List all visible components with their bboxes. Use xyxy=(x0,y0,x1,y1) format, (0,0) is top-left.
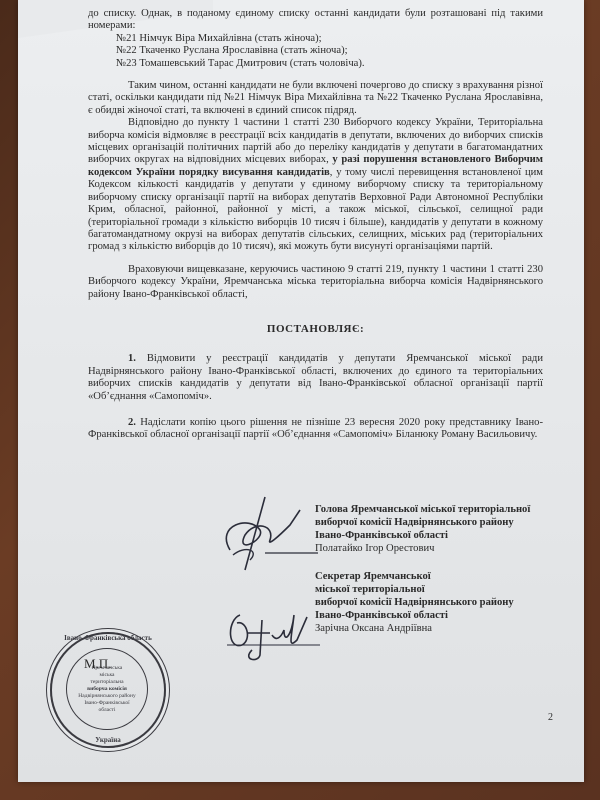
intro-continuation: до списку. Однак, в поданому єдиному спи… xyxy=(88,8,543,33)
secretary-title-line: Івано-Франківської області xyxy=(315,609,514,622)
chair-signature-icon xyxy=(205,495,320,575)
item-number: 2. xyxy=(128,417,136,428)
paragraph-thus: Таким чином, останні кандидати не були в… xyxy=(88,80,543,117)
stamp-line: Івано-Франківської xyxy=(67,700,147,707)
secretary-signature-block: Секретар Яремчанської міської територіал… xyxy=(315,570,514,635)
item-text: Надіслати копію цього рішення не пізніше… xyxy=(88,417,543,440)
stamp-ring-bottom: Україна xyxy=(52,736,164,744)
candidate-item: №23 Томашевський Тарас Дмитрович (стать … xyxy=(116,58,543,70)
resolution-item-2: 2. Надіслати копію цього рішення не пізн… xyxy=(88,417,543,442)
item-number: 1. xyxy=(128,353,136,364)
chair-title-line: Голова Яремчанської міської територіальн… xyxy=(315,503,530,516)
resolution-item-1: 1. Відмовити у реєстрації кандидатів у д… xyxy=(88,353,543,403)
secretary-signature-icon xyxy=(222,605,322,665)
secretary-name: Зарічна Оксана Андріївна xyxy=(315,622,514,635)
stamp-line: Надвірнянського району xyxy=(67,693,147,700)
stamp-ring-top: Івано-Франківська область xyxy=(52,634,164,642)
page-number: 2 xyxy=(548,712,553,723)
secretary-title-line: виборчої комісії Надвірнянського району xyxy=(315,596,514,609)
official-stamp-icon: Івано-Франківська область Яремчанська мі… xyxy=(50,632,166,748)
resolution-heading: ПОСТАНОВЛЯЄ: xyxy=(88,323,543,335)
stamp-line: виборча комісія xyxy=(67,686,147,693)
paragraph-according: Відповідно до пункту 1 частини 1 статті … xyxy=(88,117,543,253)
chair-signature-block: Голова Яремчанської міської територіальн… xyxy=(315,503,530,555)
chair-name: Полатайко Ігор Орестович xyxy=(315,542,530,555)
chair-title-line: Івано-Франківської області xyxy=(315,529,530,542)
paragraph-according-end: , у тому числі перевищення встановленої … xyxy=(88,167,543,252)
chair-title-line: виборчої комісії Надвірнянського району xyxy=(315,516,530,529)
candidate-item: №22 Ткаченко Руслана Ярославівна (стать … xyxy=(116,45,543,57)
secretary-title-line: Секретар Яремчанської xyxy=(315,570,514,583)
candidate-item: №21 Німчук Віра Михайлівна (стать жіноча… xyxy=(116,33,543,45)
candidate-list: №21 Німчук Віра Михайлівна (стать жіноча… xyxy=(116,33,543,70)
document-body: до списку. Однак, в поданому єдиному спи… xyxy=(88,8,543,442)
paragraph-considering: Враховуючи вищевказане, керуючись частин… xyxy=(88,264,543,301)
item-text: Відмовити у реєстрації кандидатів у депу… xyxy=(88,353,543,401)
stamp-line: області xyxy=(67,707,147,714)
stamp-line: міська xyxy=(67,672,147,679)
secretary-title-line: міської територіальної xyxy=(315,583,514,596)
stamp-line: територіальна xyxy=(67,679,147,686)
mp-label: М.П. xyxy=(84,656,111,672)
